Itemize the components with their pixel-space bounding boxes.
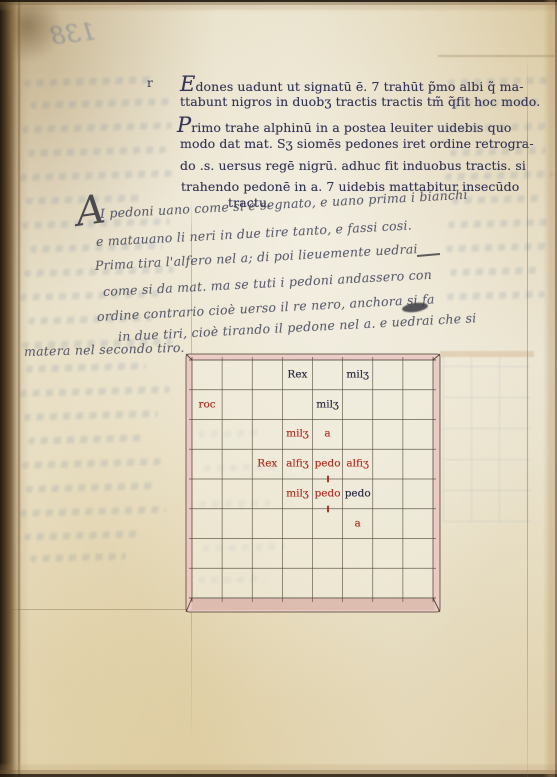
board-piece-label: milʒ	[286, 487, 309, 499]
bleedthrough-line	[24, 410, 158, 421]
page-right-edge	[543, 0, 557, 777]
italian-margin-line: matera nel secondo tiro.	[24, 341, 185, 360]
bleedthrough-line	[20, 386, 170, 397]
bleedthrough-line	[22, 458, 162, 469]
bleedthrough-line	[446, 243, 550, 253]
board-piece-label: milʒ	[286, 428, 309, 440]
board-piece-label: roc	[198, 398, 215, 410]
ghost-grid-showthrough	[443, 356, 531, 522]
board-piece-label: alfiʒ	[346, 458, 369, 470]
bleedthrough-line	[28, 146, 166, 157]
pawn-move-mark	[327, 476, 329, 483]
page-bottom-edge	[0, 763, 557, 777]
board-piece-label: pedo	[315, 458, 341, 470]
bleedthrough-line	[30, 553, 126, 563]
bleedthrough-line	[24, 530, 142, 540]
chessboard-diagram: RexmilʒrocmilʒmilʒaRexalfiʒpedoalfiʒmilʒ…	[185, 353, 441, 613]
horizontal-ruling-line	[8, 609, 194, 610]
margin-guide-letter: r	[147, 76, 153, 90]
bleedthrough-line	[26, 482, 154, 493]
board-piece-label: a	[324, 428, 330, 440]
parchment-crease	[438, 55, 557, 57]
manuscript-page: 138 r Edones uadunt ut signatū ē. 7 trah…	[0, 0, 557, 777]
gutter-fold-line	[18, 0, 20, 777]
latin-line: Edones uadunt ut signatū ē. 7 trahūt p̃m…	[180, 72, 524, 96]
latin-line: Primo trahe alphinū in a postea leuiter …	[177, 113, 511, 137]
abbreviation-dash	[417, 253, 440, 257]
latin-line: do .s. uersus regē nigrū. adhuc fit indu…	[180, 159, 526, 173]
board-piece-label: pedo	[345, 487, 371, 499]
board-piece-label: alfiʒ	[286, 458, 309, 470]
pawn-move-mark	[327, 505, 329, 512]
bleedthrough-line	[20, 170, 172, 181]
bleedthrough-line	[20, 506, 166, 517]
board-piece-label: pedo	[315, 487, 341, 499]
bleedthrough-line	[447, 291, 545, 301]
bleedthrough-line	[28, 434, 146, 444]
page-top-edge	[0, 0, 557, 12]
board-piece-label: Rex	[287, 368, 307, 380]
board-piece-label: milʒ	[316, 398, 339, 410]
chessboard-labels: RexmilʒrocmilʒmilʒaRexalfiʒpedoalfiʒmilʒ…	[185, 353, 441, 613]
under-leaf-edge-line	[527, 55, 528, 777]
bleedthrough-line	[30, 98, 172, 109]
bleedthrough-line	[24, 76, 154, 87]
board-piece-label: Rex	[257, 458, 277, 470]
bleedthrough-line	[26, 362, 146, 372]
page-gutter-edge	[0, 0, 30, 777]
latin-line: ttabunt nigros in duobʒ tractis tractis …	[180, 95, 540, 109]
latin-line: modo dat mat. Sʒ siomēs pedones iret ord…	[180, 137, 534, 151]
bleedthrough-line	[22, 122, 172, 133]
bleedthrough-line	[448, 219, 548, 229]
board-piece-label: milʒ	[346, 368, 369, 380]
board-piece-label: a	[355, 517, 361, 529]
